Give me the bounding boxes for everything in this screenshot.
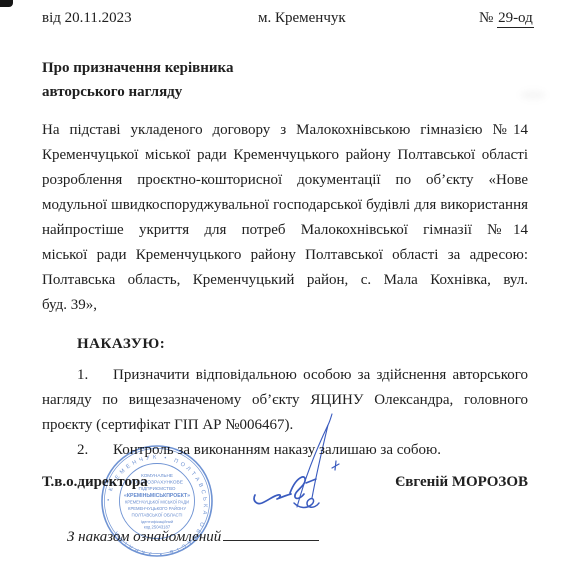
official-stamp-icon: • КРЕМЕНЧУК • ПОЛТАВСЬКА ОБЛАСТЬ • УКРАЇ… [100,444,214,558]
stamp-text-line: КРЕМЕНЧУЦЬКОГО РАЙОНУ [128,506,186,511]
paragraph-line: буд. 39», [42,293,528,318]
paragraph-line: модульної швидкоспоруджувальної господар… [42,193,528,218]
paragraph-line: На підставі укладеного договору з Малоко… [42,118,528,143]
signer-name: Євгеній МОРОЗОВ [395,470,528,495]
item-number: 1. [77,363,113,388]
order-heading: НАКАЗУЮ: [42,332,528,357]
document-date: від 20.11.2023 [42,10,132,27]
paragraph-line: Полтавська область, Кременчуцький район,… [42,268,528,293]
scan-corner-artifact [0,0,13,7]
document-city: м. Кременчук [258,10,346,27]
stamp-text-line: «КРЕМІНЬМІСЬКПРОЕКТ» [124,493,190,499]
paragraph-line: найпростіше укриття для потреб Малокохні… [42,218,528,243]
document-number: № 29-од [479,10,534,27]
title-line-2: авторського нагляду [42,80,528,104]
stamp-text-line: КОМУНАЛЬНЕ [141,473,173,478]
stamp-text-line: ПІДПРИЄМСТВО [139,486,176,491]
stamp-text-line: код 25043187 [144,525,171,530]
title-line-1: Про призначення керівника [42,56,528,80]
acknowledgement-blank-line [223,527,319,541]
paragraph-line: розроблення проєктно-кошторисної докумен… [42,168,528,193]
stamp-text-line: ГОСПРОЗРАХУНКОВЕ [131,480,183,485]
order-item-line: 1.Призначити відповідальною особою за зд… [42,363,528,388]
paragraph-line: Кременчуцької міської ради Кременчуцьког… [42,143,528,168]
item-text: Призначити відповідальною особою за здій… [113,367,528,383]
document-title: Про призначення керівника авторського на… [42,56,528,104]
paragraph-line: міської ради Кременчуцького району Полта… [42,243,528,268]
handwritten-signature-icon [245,410,350,515]
preamble-paragraph: На підставі укладеного договору з Малоко… [42,118,528,318]
document-number-prefix: № [479,10,493,26]
document-page: від 20.11.2023 м. Кременчук № 29-од Про … [0,0,570,567]
stamp-text-line: КРЕМЕНЧУЦЬКОЇ МІСЬКОЇ РАДИ [125,500,189,505]
stamp-text-line: Ідентифікаційний [141,519,173,524]
stamp-text-line: ПОЛТАВСЬКОЇ ОБЛАСТІ [131,513,182,518]
document-number-value: 29-од [497,10,534,28]
